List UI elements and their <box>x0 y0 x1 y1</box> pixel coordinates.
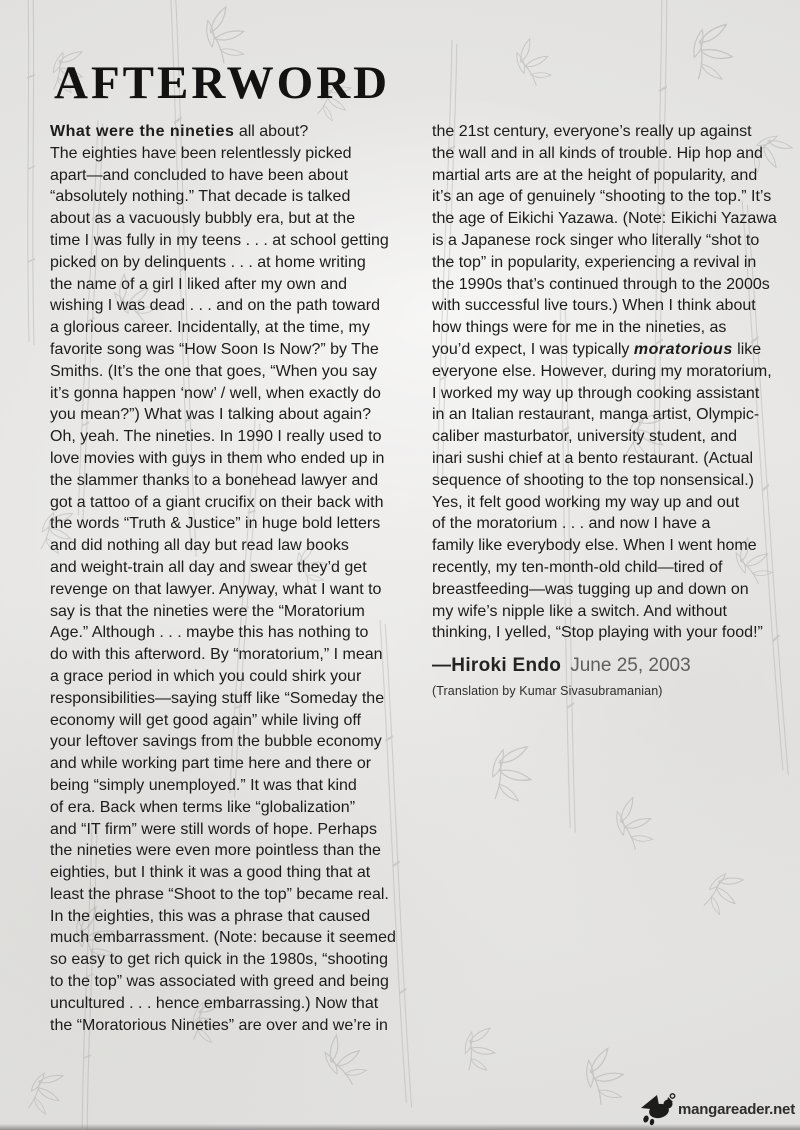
text-line: much embarrassment. (Note: because it se… <box>50 927 422 949</box>
text-line: your leftover savings from the bubble ec… <box>50 731 422 753</box>
site-watermark: mangareader.net <box>637 1091 795 1127</box>
text-line: I worked my way up through cooking assis… <box>432 383 798 405</box>
text-line: is a Japanese rock singer who literally … <box>432 230 798 252</box>
text-line: and weight-train all day and swear they’… <box>50 557 422 579</box>
text-line: how things were for me in the nineties, … <box>432 317 798 339</box>
text-line: and while working part time here and the… <box>50 753 422 775</box>
text-line: picked on by delinquents . . . at home w… <box>50 252 422 274</box>
text-line: and “IT firm” were still words of hope. … <box>50 819 422 841</box>
text-line: the nineties were even more pointless th… <box>50 840 422 862</box>
author-name: —Hiroki Endo <box>432 655 561 676</box>
left-text-column: What were the nineties all about?The eig… <box>50 121 422 1036</box>
page-title: AFTERWORD <box>54 56 390 110</box>
text-line: wishing I was dead . . . and on the path… <box>50 295 422 317</box>
text-line: the slammer thanks to a bonehead lawyer … <box>50 470 422 492</box>
text-line: everyone else. However, during my morato… <box>432 361 798 383</box>
text-line: “absolutely nothing.” That decade is tal… <box>50 186 422 208</box>
text-line: Smiths. (It’s the one that goes, “When y… <box>50 361 422 383</box>
text-line: sequence of shooting to the top nonsensi… <box>432 470 798 492</box>
text-line: the 1990s that’s continued through to th… <box>432 274 798 296</box>
afterword-page: AFTERWORD What were the nineties all abo… <box>0 0 800 1130</box>
text-line: you’d expect, I was typically moratoriou… <box>432 339 798 361</box>
text-line: the top” in popularity, experiencing a r… <box>432 252 798 274</box>
text-line: revenge on that lawyer. Anyway, what I w… <box>50 579 422 601</box>
text-line: Yes, it felt good working my way up and … <box>432 492 798 514</box>
text-line: say is that the nineties were the “Morat… <box>50 601 422 623</box>
text-line: so easy to get rich quick in the 1980s, … <box>50 949 422 971</box>
text-line: breastfeeding—was tugging up and down on <box>432 579 798 601</box>
text-line: least the phrase “Shoot to the top” beca… <box>50 884 422 906</box>
text-line: got a tattoo of a giant crucifix on thei… <box>50 492 422 514</box>
watermark-site-name: mangareader.net <box>678 1101 795 1118</box>
text-line: economy will get good again” while livin… <box>50 710 422 732</box>
text-line: of the moratorium . . . and now I have a <box>432 513 798 535</box>
text-line: thinking, I yelled, “Stop playing with y… <box>432 622 798 644</box>
text-line: to the top” was associated with greed an… <box>50 971 422 993</box>
text-line: do with this afterword. By “moratorium,”… <box>50 644 422 666</box>
mascot-icon <box>637 1091 677 1127</box>
text-line: the name of a girl I liked after my own … <box>50 274 422 296</box>
text-line: you mean?”) What was I talking about aga… <box>50 404 422 426</box>
text-line: uncultured . . . hence embarrassing.) No… <box>50 993 422 1015</box>
text-line: the 21st century, everyone’s really up a… <box>432 121 798 143</box>
text-line: the “Moratorious Nineties” are over and … <box>50 1015 422 1037</box>
text-line: responsibilities—saying stuff like “Some… <box>50 688 422 710</box>
right-text-column: the 21st century, everyone’s really up a… <box>432 121 798 703</box>
text-line: family like everybody else. When I went … <box>432 535 798 557</box>
text-line: it’s gonna happen ‘now’ / well, when exa… <box>50 383 422 405</box>
page-bottom-edge <box>0 1124 800 1130</box>
text-line: eighties, but I think it was a good thin… <box>50 862 422 884</box>
signature-date: June 25, 2003 <box>570 655 690 676</box>
text-line: caliber masturbator, university student,… <box>432 426 798 448</box>
text-line: and did nothing all day but read law boo… <box>50 535 422 557</box>
text-line: apart—and concluded to have been about <box>50 165 422 187</box>
text-line: inari sushi chief at a bento restaurant.… <box>432 448 798 470</box>
text-line: of era. Back when terms like “globalizat… <box>50 797 422 819</box>
text-line: martial arts are at the height of popula… <box>432 165 798 187</box>
text-line: What were the nineties all about? <box>50 121 422 143</box>
text-line: favorite song was “How Soon Is Now?” by … <box>50 339 422 361</box>
page-content: AFTERWORD What were the nineties all abo… <box>0 0 800 1130</box>
text-line: The eighties have been relentlessly pick… <box>50 143 422 165</box>
text-line: with successful live tours.) When I thin… <box>432 295 798 317</box>
text-line: a grace period in which you could shirk … <box>50 666 422 688</box>
text-line: being “simply unemployed.” It was that k… <box>50 775 422 797</box>
text-line: time I was fully in my teens . . . at sc… <box>50 230 422 252</box>
text-line: the wall and in all kinds of trouble. Hi… <box>432 143 798 165</box>
right-column-lines: the 21st century, everyone’s really up a… <box>432 121 798 644</box>
text-line: about as a vacuously bubbly era, but at … <box>50 208 422 230</box>
text-line: the age of Eikichi Yazawa. (Note: Eikich… <box>432 208 798 230</box>
text-line: the words “Truth & Justice” in huge bold… <box>50 513 422 535</box>
text-line: in an Italian restaurant, manga artist, … <box>432 404 798 426</box>
text-line: love movies with guys in them who ended … <box>50 448 422 470</box>
text-line: my wife’s nipple like a switch. And with… <box>432 601 798 623</box>
text-line: it’s an age of genuinely “shooting to th… <box>432 186 798 208</box>
text-line: recently, my ten-month-old child—tired o… <box>432 557 798 579</box>
signature-block: —Hiroki EndoJune 25, 2003 (Translation b… <box>432 655 798 703</box>
translation-credit: (Translation by Kumar Sivasubramanian) <box>432 681 798 703</box>
text-line: Age.” Although . . . maybe this has noth… <box>50 622 422 644</box>
text-line: a glorious career. Incidentally, at the … <box>50 317 422 339</box>
text-line: Oh, yeah. The nineties. In 1990 I really… <box>50 426 422 448</box>
text-line: In the eighties, this was a phrase that … <box>50 906 422 928</box>
